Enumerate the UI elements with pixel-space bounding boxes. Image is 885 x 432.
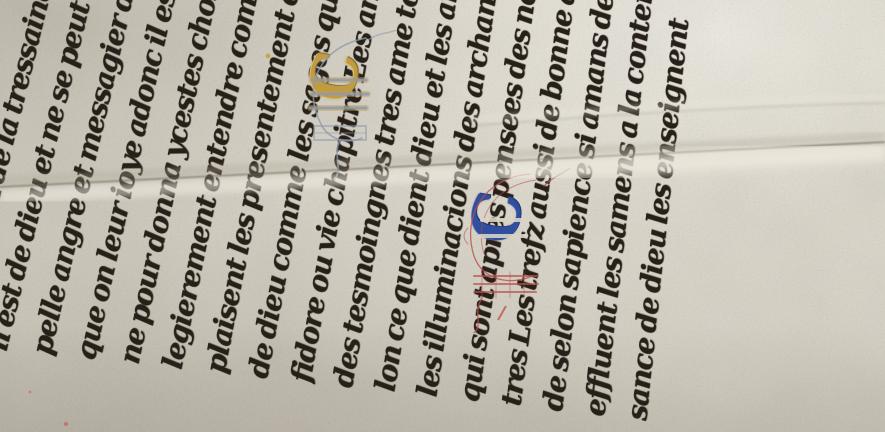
- illuminated-initial-blue: C: [452, 168, 572, 333]
- illuminated-initial-gold: C: [296, 30, 406, 180]
- blue-penwork-filigree: [296, 30, 406, 180]
- manuscript-photo: et deuotion de la tressaincte chose il e…: [0, 0, 885, 432]
- red-penwork-filigree: [452, 168, 572, 333]
- text-block: et deuotion de la tressaincte chose il e…: [0, 0, 885, 432]
